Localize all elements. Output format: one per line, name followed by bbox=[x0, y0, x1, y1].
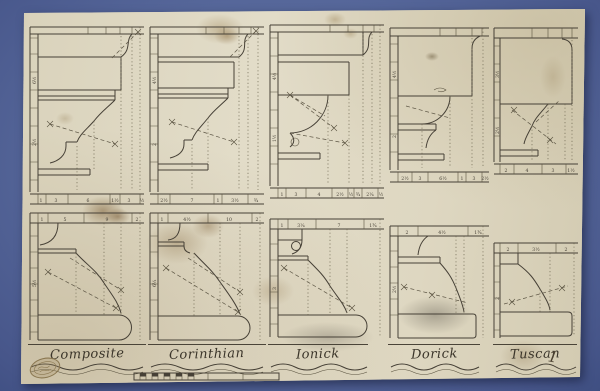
scale-number: 4½ bbox=[271, 72, 278, 80]
scale-number: 1 bbox=[40, 198, 43, 204]
ribbon-wave bbox=[388, 362, 480, 376]
scale-number: 2½ bbox=[336, 191, 344, 198]
dorick-cornice-diagram: 2½ 3 6½ 1 3 2½ 4½ 2 bbox=[388, 26, 491, 184]
measuring-scale-ruler bbox=[133, 372, 280, 381]
scale-number: 2 bbox=[505, 168, 508, 174]
scale-number: 4½ bbox=[183, 216, 191, 223]
order-label-corinthian: Corinthian bbox=[169, 346, 245, 363]
scale-number: 2½ bbox=[481, 175, 489, 182]
tuscan-base-diagram: 2 3½ 2 2 bbox=[492, 242, 580, 342]
composite-base-diagram: 1 5 9 2 5½ bbox=[28, 212, 146, 345]
paper-sheet: 1 3 6 1½ 3 ½ 6½ 2½ 2½ 7 bbox=[0, 0, 600, 391]
scale-number: 5 bbox=[64, 217, 67, 223]
ionick-label-strip: Ionick bbox=[268, 344, 368, 363]
scale-number: 3 bbox=[272, 287, 278, 290]
scale-number: 7 bbox=[191, 198, 194, 204]
scale-number: 2 bbox=[136, 217, 139, 223]
scale-number: 2 bbox=[507, 247, 510, 253]
scale-number: 2 bbox=[565, 247, 568, 253]
scanned-plate: 1 3 6 1½ 3 ½ 6½ 2½ 2½ 7 bbox=[0, 0, 600, 391]
ionick-cornice-diagram: 1 3 4 2½ ½ ¾ 2¼ ½ 4½ 1½ bbox=[268, 22, 386, 200]
scale-number: 6½ bbox=[31, 76, 38, 84]
scale-number: 4 bbox=[526, 168, 529, 174]
scale-number: 2 bbox=[152, 143, 158, 146]
scale-number: 3 bbox=[295, 192, 298, 198]
scale-number: 5½ bbox=[31, 279, 38, 287]
scale-number: 10 bbox=[226, 217, 232, 223]
scale-number: 1 bbox=[281, 192, 284, 198]
scale-number: 3½ bbox=[494, 70, 501, 78]
collection-stamp bbox=[26, 354, 64, 382]
scale-number: 6¼ bbox=[151, 279, 158, 287]
corinthian-cornice-diagram: 2½ 7 1 3½ ¾ 4½ 2 bbox=[148, 24, 266, 206]
scale-number: ½ bbox=[379, 191, 384, 198]
scale-number: 1 bbox=[217, 198, 220, 204]
scale-number: 3½ bbox=[231, 197, 239, 204]
scale-number: 6 bbox=[87, 198, 90, 204]
composite-cornice-diagram: 1 3 6 1½ 3 ½ 6½ 2½ bbox=[28, 24, 146, 206]
scale-number: 3 bbox=[473, 176, 476, 182]
scale-number: 4½ bbox=[151, 76, 158, 84]
paper-wrap: 1 3 6 1½ 3 ½ 6½ 2½ 2½ 7 bbox=[0, 0, 600, 391]
scale-number: 2 bbox=[495, 297, 501, 300]
scale-number: ¾ bbox=[356, 191, 361, 198]
corinthian-base-diagram: 1 4½ 10 2 6¼ bbox=[148, 212, 266, 345]
order-label-dorick: Dorick bbox=[410, 346, 457, 362]
scale-number: 2½ bbox=[31, 138, 38, 146]
scale-number: 2½ bbox=[401, 175, 409, 182]
scale-number: 3 bbox=[419, 176, 422, 182]
scale-number: 9 bbox=[106, 217, 109, 223]
tuscan-label-strip: Tuscan bbox=[493, 344, 577, 363]
scale-number: 3½ bbox=[532, 246, 540, 253]
scale-number: 2½ bbox=[391, 285, 398, 293]
scale-number: ¾ bbox=[254, 197, 259, 204]
scale-number: 1 bbox=[161, 217, 164, 223]
scale-number: 4 bbox=[318, 192, 321, 198]
scale-number: 2 bbox=[256, 217, 259, 223]
scale-number: 6½ bbox=[439, 175, 447, 182]
scale-number: 2 bbox=[406, 230, 409, 236]
scale-number: 1¾ bbox=[474, 229, 482, 236]
scale-number: 7 bbox=[338, 223, 341, 229]
scale-number: 1 bbox=[281, 223, 284, 229]
scale-number: 3 bbox=[55, 198, 58, 204]
scale-number: 4½ bbox=[391, 70, 398, 78]
tuscan-cornice-diagram: 2 4 3 1½ 3½ 2½ bbox=[492, 26, 580, 176]
dorick-base-diagram: 2 4½ 1¾ 2½ bbox=[388, 225, 491, 341]
ribbon-wave bbox=[493, 362, 577, 376]
scale-number: 2½ bbox=[494, 126, 501, 134]
scale-number: 3 bbox=[552, 168, 555, 174]
scale-number: 3¼ bbox=[297, 222, 305, 229]
scale-number: 1¾ bbox=[369, 222, 377, 229]
scale-number: 1½ bbox=[111, 197, 119, 204]
dorick-label-strip: Dorick bbox=[388, 344, 480, 363]
ionick-base-diagram: 1 3¼ 7 1¾ 3 bbox=[268, 218, 386, 345]
corinthian-label-strip: Corinthian bbox=[148, 344, 266, 363]
scale-number: 2¼ bbox=[366, 191, 374, 198]
scale-number: 1 bbox=[41, 217, 44, 223]
ribbon-wave bbox=[268, 362, 368, 376]
scale-number: 1½ bbox=[567, 167, 575, 174]
scale-number: 2½ bbox=[160, 197, 168, 204]
scale-number: 2 bbox=[392, 135, 398, 138]
scale-number: ½ bbox=[140, 197, 145, 204]
scale-number: 3 bbox=[128, 198, 131, 204]
scale-number: 1½ bbox=[271, 134, 278, 142]
scale-number: 4½ bbox=[438, 229, 446, 236]
order-label-ionick: Ionick bbox=[296, 346, 340, 362]
scale-number: 1 bbox=[461, 176, 464, 182]
scale-number: ½ bbox=[349, 191, 354, 198]
